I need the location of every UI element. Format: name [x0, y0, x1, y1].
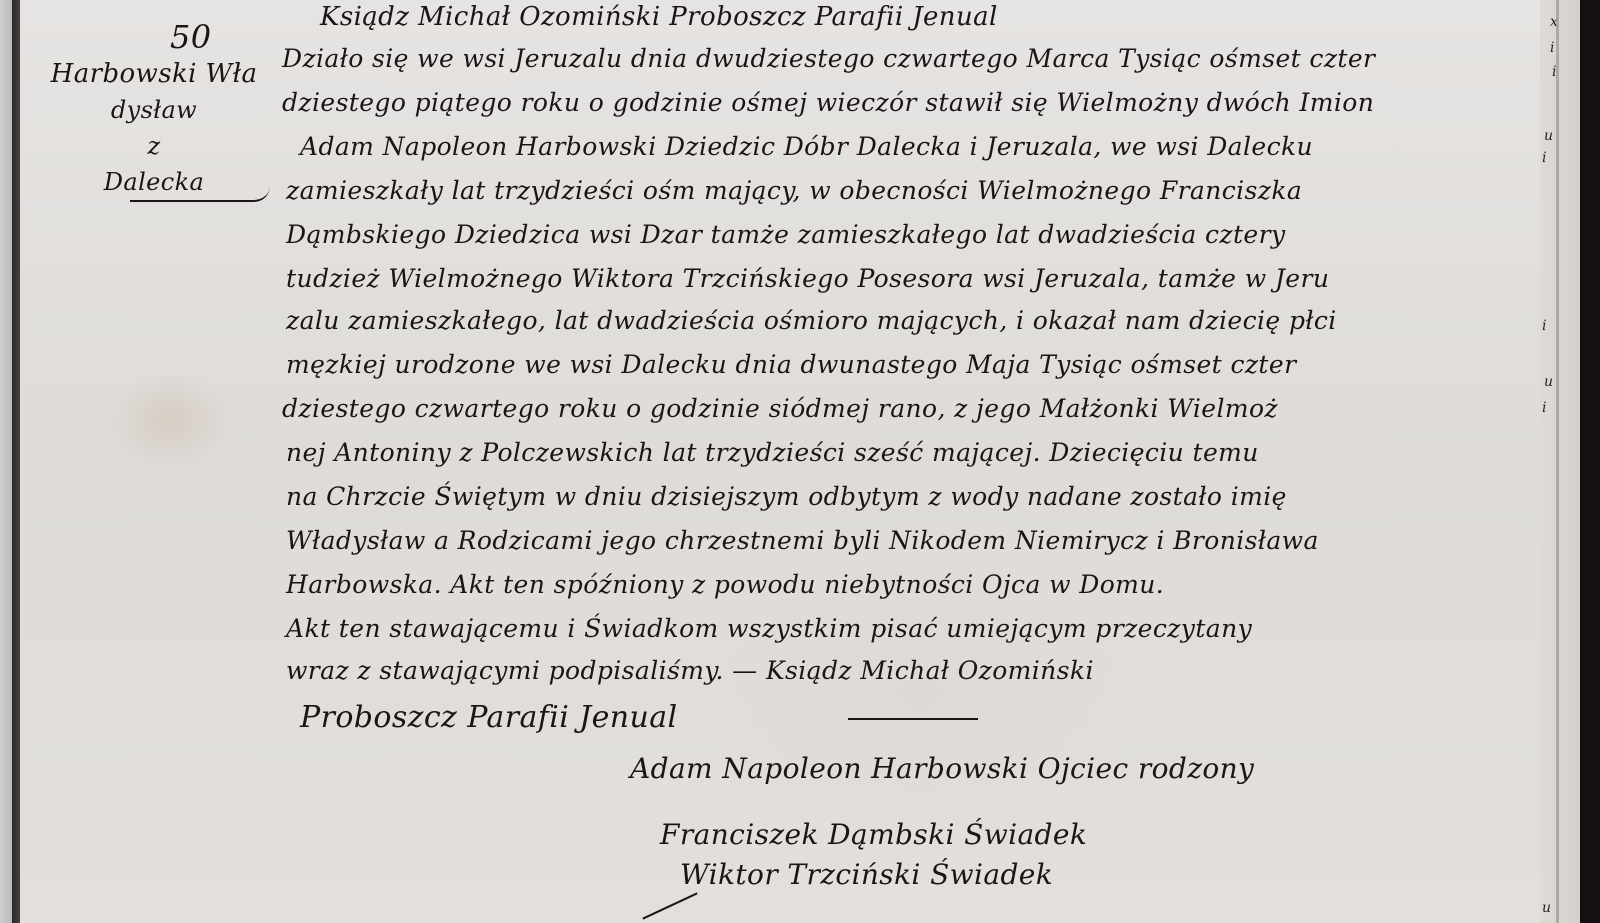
margin-connector: z — [44, 128, 264, 164]
signature-witness-2: Wiktor Trzciński Świadek — [680, 858, 1053, 891]
margin-mark: i — [1550, 40, 1554, 56]
signature-father: Adam Napoleon Harbowski Ojciec rodzony — [630, 752, 1254, 785]
record-line: wraz z stawającymi podpisaliśmy. — Ksiąd… — [286, 656, 1094, 685]
right-margin: x i i u i i u i u — [1540, 0, 1580, 923]
margin-mark: u — [1544, 128, 1553, 144]
record-line: na Chrzcie Świętym w dniu dzisiejszym od… — [286, 482, 1287, 511]
record-line: dziestego piątego roku o godzinie ośmej … — [282, 88, 1374, 117]
record-line: zamieszkały lat trzydzieści ośm mający, … — [286, 176, 1302, 205]
margin-surname: Harbowski Wła — [44, 56, 264, 92]
left-binding-shadow — [12, 0, 20, 923]
record-line: Działo się we wsi Jeruzalu dnia dwudzies… — [282, 44, 1375, 73]
page-ruling-line — [1556, 0, 1559, 923]
margin-mark: i — [1542, 150, 1546, 166]
signature-witness-1: Franciszek Dąmbski Świadek — [660, 818, 1087, 851]
record-line: Harbowska. Akt ten spóźniony z powodu ni… — [286, 570, 1164, 599]
priest-title-line: Proboszcz Parafii Jenual — [300, 700, 677, 735]
record-line-header: Ksiądz Michał Ozomiński Proboszcz Parafi… — [320, 2, 998, 32]
adjacent-page-edge — [0, 0, 12, 923]
signature-flourish — [642, 892, 697, 919]
signature-flourish — [848, 718, 978, 720]
register-page: 50 Harbowski Wła dysław z Dalecka Ksiądz… — [20, 0, 1540, 923]
record-line: zalu zamieszkałego, lat dwadzieścia ośmi… — [286, 306, 1337, 335]
record-line: dziestego czwartego roku o godzinie siód… — [282, 394, 1278, 423]
record-number: 50 — [170, 18, 212, 56]
margin-flourish — [130, 186, 270, 202]
right-binding-shadow — [1580, 0, 1600, 923]
record-line: tudzież Wielmożnego Wiktora Trzcińskiego… — [286, 264, 1329, 293]
margin-mark: i — [1542, 318, 1546, 334]
record-line: Dąmbskiego Dziedzica wsi Dzar tamże zami… — [286, 220, 1285, 249]
margin-mark: u — [1544, 374, 1553, 390]
margin-given-name: dysław — [44, 92, 264, 128]
document-scan: 50 Harbowski Wła dysław z Dalecka Ksiądz… — [0, 0, 1600, 923]
record-line: nej Antoniny z Polczewskich lat trzydzie… — [286, 438, 1259, 467]
margin-mark: i — [1542, 400, 1546, 416]
margin-mark: u — [1542, 900, 1551, 916]
record-line: Akt ten stawającemu i Świadkom wszystkim… — [286, 614, 1252, 643]
record-line: Władysław a Rodzicami jego chrzestnemi b… — [286, 526, 1319, 555]
record-line: Adam Napoleon Harbowski Dziedzic Dóbr Da… — [300, 132, 1313, 161]
margin-note: Harbowski Wła dysław z Dalecka — [44, 56, 264, 200]
record-line: męzkiej urodzone we wsi Dalecku dnia dwu… — [286, 350, 1296, 379]
